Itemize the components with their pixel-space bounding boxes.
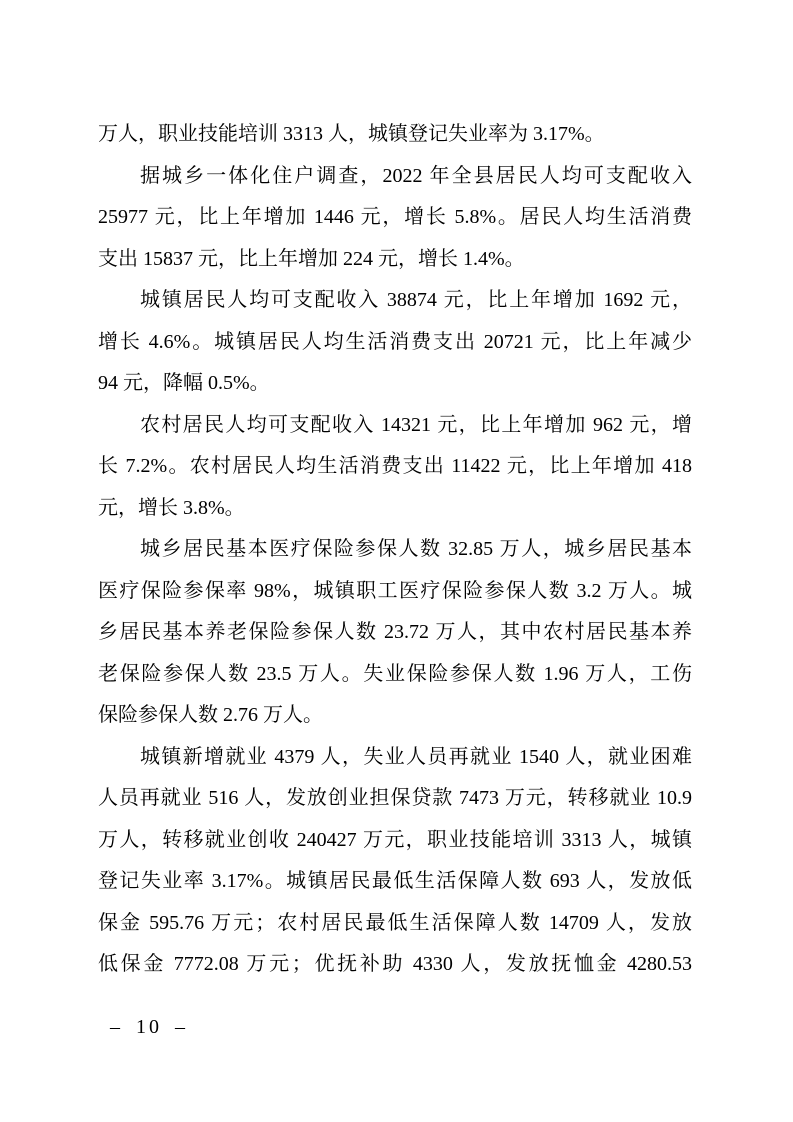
text-line: 94 元，降幅 0.5%。 [98, 363, 692, 405]
text-line: 登记失业率 3.17%。城镇居民最低生活保障人数 693 人，发放低 [98, 861, 692, 903]
document-body: 万人，职业技能培训 3313 人，城镇登记失业率为 3.17%。据城乡一体化住户… [98, 114, 692, 986]
text-line: 保金 595.76 万元；农村居民最低生活保障人数 14709 人，发放 [98, 903, 692, 945]
text-line: 老保险参保人数 23.5 万人。失业保险参保人数 1.96 万人，工伤 [98, 654, 692, 696]
text-line: 医疗保险参保率 98%，城镇职工医疗保险参保人数 3.2 万人。城 [98, 571, 692, 613]
document-page: 万人，职业技能培训 3313 人，城镇登记失业率为 3.17%。据城乡一体化住户… [0, 0, 793, 1122]
text-line: 农村居民人均可支配收入 14321 元，比上年增加 962 元，增 [98, 405, 692, 447]
paragraph: 城乡居民基本医疗保险参保人数 32.85 万人，城乡居民基本医疗保险参保率 98… [98, 529, 692, 737]
text-line: 增长 4.6%。城镇居民人均生活消费支出 20721 元，比上年减少 [98, 322, 692, 364]
text-line: 万人，职业技能培训 3313 人，城镇登记失业率为 3.17%。 [98, 114, 692, 156]
text-line: 25977 元，比上年增加 1446 元，增长 5.8%。居民人均生活消费 [98, 197, 692, 239]
text-line: 保险参保人数 2.76 万人。 [98, 695, 692, 737]
text-line: 支出 15837 元，比上年增加 224 元，增长 1.4%。 [98, 239, 692, 281]
text-line: 城乡居民基本医疗保险参保人数 32.85 万人，城乡居民基本 [98, 529, 692, 571]
text-line: 据城乡一体化住户调查，2022 年全县居民人均可支配收入 [98, 156, 692, 198]
page-number: – 10 – [110, 1016, 188, 1039]
text-line: 元，增长 3.8%。 [98, 488, 692, 530]
text-line: 低保金 7772.08 万元；优抚补助 4330 人，发放抚恤金 4280.53 [98, 944, 692, 986]
paragraph: 农村居民人均可支配收入 14321 元，比上年增加 962 元，增长 7.2%。… [98, 405, 692, 530]
text-line: 城镇新增就业 4379 人，失业人员再就业 1540 人，就业困难 [98, 737, 692, 779]
paragraph: 据城乡一体化住户调查，2022 年全县居民人均可支配收入25977 元，比上年增… [98, 156, 692, 281]
text-line: 乡居民基本养老保险参保人数 23.72 万人，其中农村居民基本养 [98, 612, 692, 654]
text-line: 城镇居民人均可支配收入 38874 元，比上年增加 1692 元， [98, 280, 692, 322]
text-line: 长 7.2%。农村居民人均生活消费支出 11422 元，比上年增加 418 [98, 446, 692, 488]
text-line: 人员再就业 516 人，发放创业担保贷款 7473 万元，转移就业 10.9 [98, 778, 692, 820]
paragraph: 万人，职业技能培训 3313 人，城镇登记失业率为 3.17%。 [98, 114, 692, 156]
paragraph: 城镇新增就业 4379 人，失业人员再就业 1540 人，就业困难人员再就业 5… [98, 737, 692, 986]
paragraph: 城镇居民人均可支配收入 38874 元，比上年增加 1692 元，增长 4.6%… [98, 280, 692, 405]
text-line: 万人，转移就业创收 240427 万元，职业技能培训 3313 人，城镇 [98, 820, 692, 862]
